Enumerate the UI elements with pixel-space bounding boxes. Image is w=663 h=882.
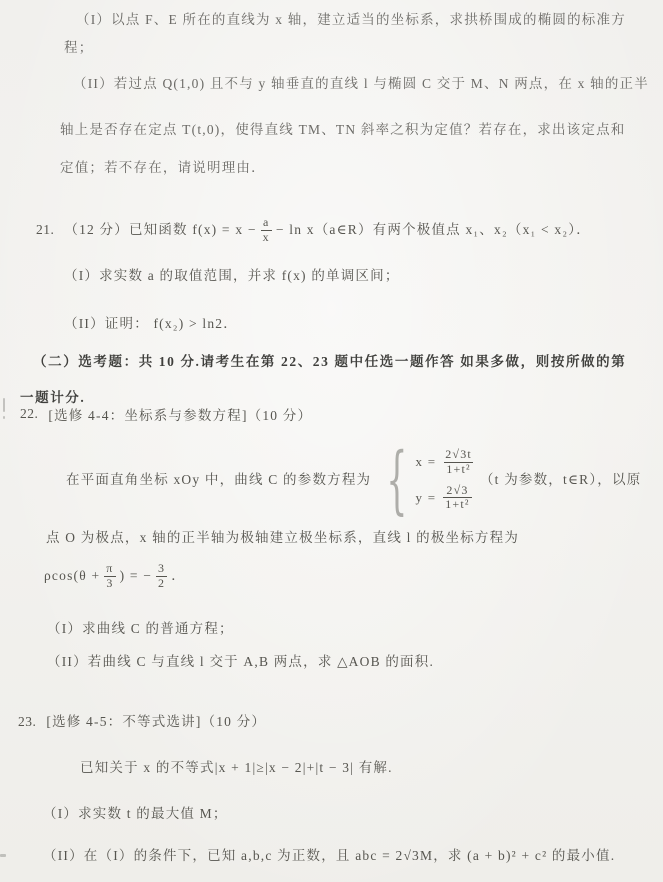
fraction-numerator: a [261, 216, 272, 230]
p22-part2: （II）若曲线 C 与直线 l 交于 A,B 两点，求 △AOB 的面积. [47, 654, 434, 671]
equation-x-fraction: 2√3t 1+t² [443, 448, 474, 477]
polar-pre: ρcos(θ + [44, 568, 100, 585]
three-over-2-fraction: 3 2 [156, 562, 167, 591]
p20-part1-line2: 程； [64, 40, 93, 57]
fraction-denominator: 1+t² [444, 462, 473, 477]
p21-intro-post: − ln x（a∈R）有两个极值点 x₁、x₂（x₁ < x₂）． [276, 222, 591, 239]
p20-part2-line3: 定值；若不存在，请说明理由． [60, 160, 266, 177]
p22-polar-equation: ρcos(θ + π 3 ) = − 3 2 ． [44, 556, 186, 596]
polar-mid: ) = − [120, 568, 152, 585]
fraction-numerator: 3 [156, 562, 167, 576]
p20-part2-line1: （II）若过点 Q(1,0) 且不与 y 轴垂直的直线 l 与椭圆 C 交于 M… [73, 76, 649, 93]
p21-number: 21. [36, 222, 54, 239]
sectionB-line1: （二）选考题：共 10 分.请考生在第 22、23 题中任选一题作答 如果多做，… [33, 354, 626, 371]
p21-intro-pre: （12 分）已知函数 f(x) = x − [64, 222, 256, 239]
p21-statement: 21. （12 分）已知函数 f(x) = x − a x − ln x（a∈R… [36, 204, 591, 256]
left-brace-glyph: { [387, 447, 409, 514]
exam-text-layer: （I）以点 F、E 所在的直线为 x 轴，建立适当的坐标系，求拱桥围成的椭圆的标… [0, 0, 663, 882]
p23-intro: 已知关于 x 的不等式|x + 1|≥|x − 2|+|t − 3| 有解. [80, 760, 393, 777]
system-equations: x = 2√3t 1+t² y = 2√3 1+t² [416, 448, 478, 512]
p20-part1-line1: （I）以点 F、E 所在的直线为 x 轴，建立适当的坐标系，求拱桥围成的椭圆的标… [76, 12, 626, 29]
p22-title: [选修 4-4：坐标系与参数方程]（10 分） [48, 408, 312, 425]
fraction-numerator: 2√3t [443, 448, 474, 462]
p23-heading: 23. [选修 4-5：不等式选讲]（10 分） [18, 714, 266, 731]
fraction-denominator: 1+t² [443, 497, 472, 512]
polar-end: ． [171, 568, 186, 585]
scan-artifact [0, 854, 6, 857]
scanned-exam-page: （I）以点 F、E 所在的直线为 x 轴，建立适当的坐标系，求拱桥围成的椭圆的标… [0, 0, 663, 882]
equation-x-lhs: x = [416, 454, 437, 470]
p20-part2-line2: 轴上是否存在定点 T(t,0)，使得直线 TM、TN 斜率之积为定值？若存在，求… [60, 122, 625, 139]
equation-y: y = 2√3 1+t² [416, 484, 478, 513]
p21-fraction-a-over-x: a x [261, 216, 272, 245]
p22-heading: 22. [选修 4-4：坐标系与参数方程]（10 分） [20, 408, 312, 425]
equation-y-fraction: 2√3 1+t² [443, 484, 472, 513]
pi-over-3-fraction: π 3 [104, 562, 115, 591]
p22-intro-pre: 在平面直角坐标 xOy 中，曲线 C 的参数方程为 [66, 472, 371, 489]
fraction-numerator: 2√3 [444, 484, 470, 498]
fraction-denominator: 2 [156, 576, 167, 591]
p23-title: [选修 4-5：不等式选讲]（10 分） [46, 714, 266, 731]
equation-y-lhs: y = [416, 490, 437, 506]
p21-part1: （I）求实数 a 的取值范围，并求 f(x) 的单调区间； [64, 268, 400, 285]
p22-part1: （I）求曲线 C 的普通方程； [47, 621, 234, 638]
p21-part2: （II）证明： f(x₂) > ln2． [64, 316, 238, 333]
p23-part1: （I）求实数 t 的最大值 M； [43, 806, 228, 823]
p22-parametric-system: { x = 2√3t 1+t² y = 2√3 1+t² [373, 447, 478, 514]
p22-line2: 点 O 为极点，x 轴的正半轴为极轴建立极坐标系，直线 l 的极坐标方程为 [46, 530, 519, 547]
p22-number: 22. [20, 406, 38, 423]
equation-x: x = 2√3t 1+t² [416, 448, 478, 477]
fraction-denominator: x [261, 230, 272, 245]
p22-intro-post: （t 为参数，t∈R），以原 [480, 472, 641, 489]
sectionB-line2: 一题计分. [20, 390, 85, 407]
scan-artifact [3, 398, 5, 412]
fraction-numerator: π [104, 562, 115, 576]
scan-artifact [3, 416, 5, 419]
fraction-denominator: 3 [104, 576, 115, 591]
p23-part2: （II）在（I）的条件下，已知 a,b,c 为正数，且 abc = 2√3M，求… [43, 848, 615, 865]
p23-number: 23. [18, 714, 36, 731]
p22-parametric-line: 在平面直角坐标 xOy 中，曲线 C 的参数方程为 { x = 2√3t 1+t… [66, 436, 641, 524]
